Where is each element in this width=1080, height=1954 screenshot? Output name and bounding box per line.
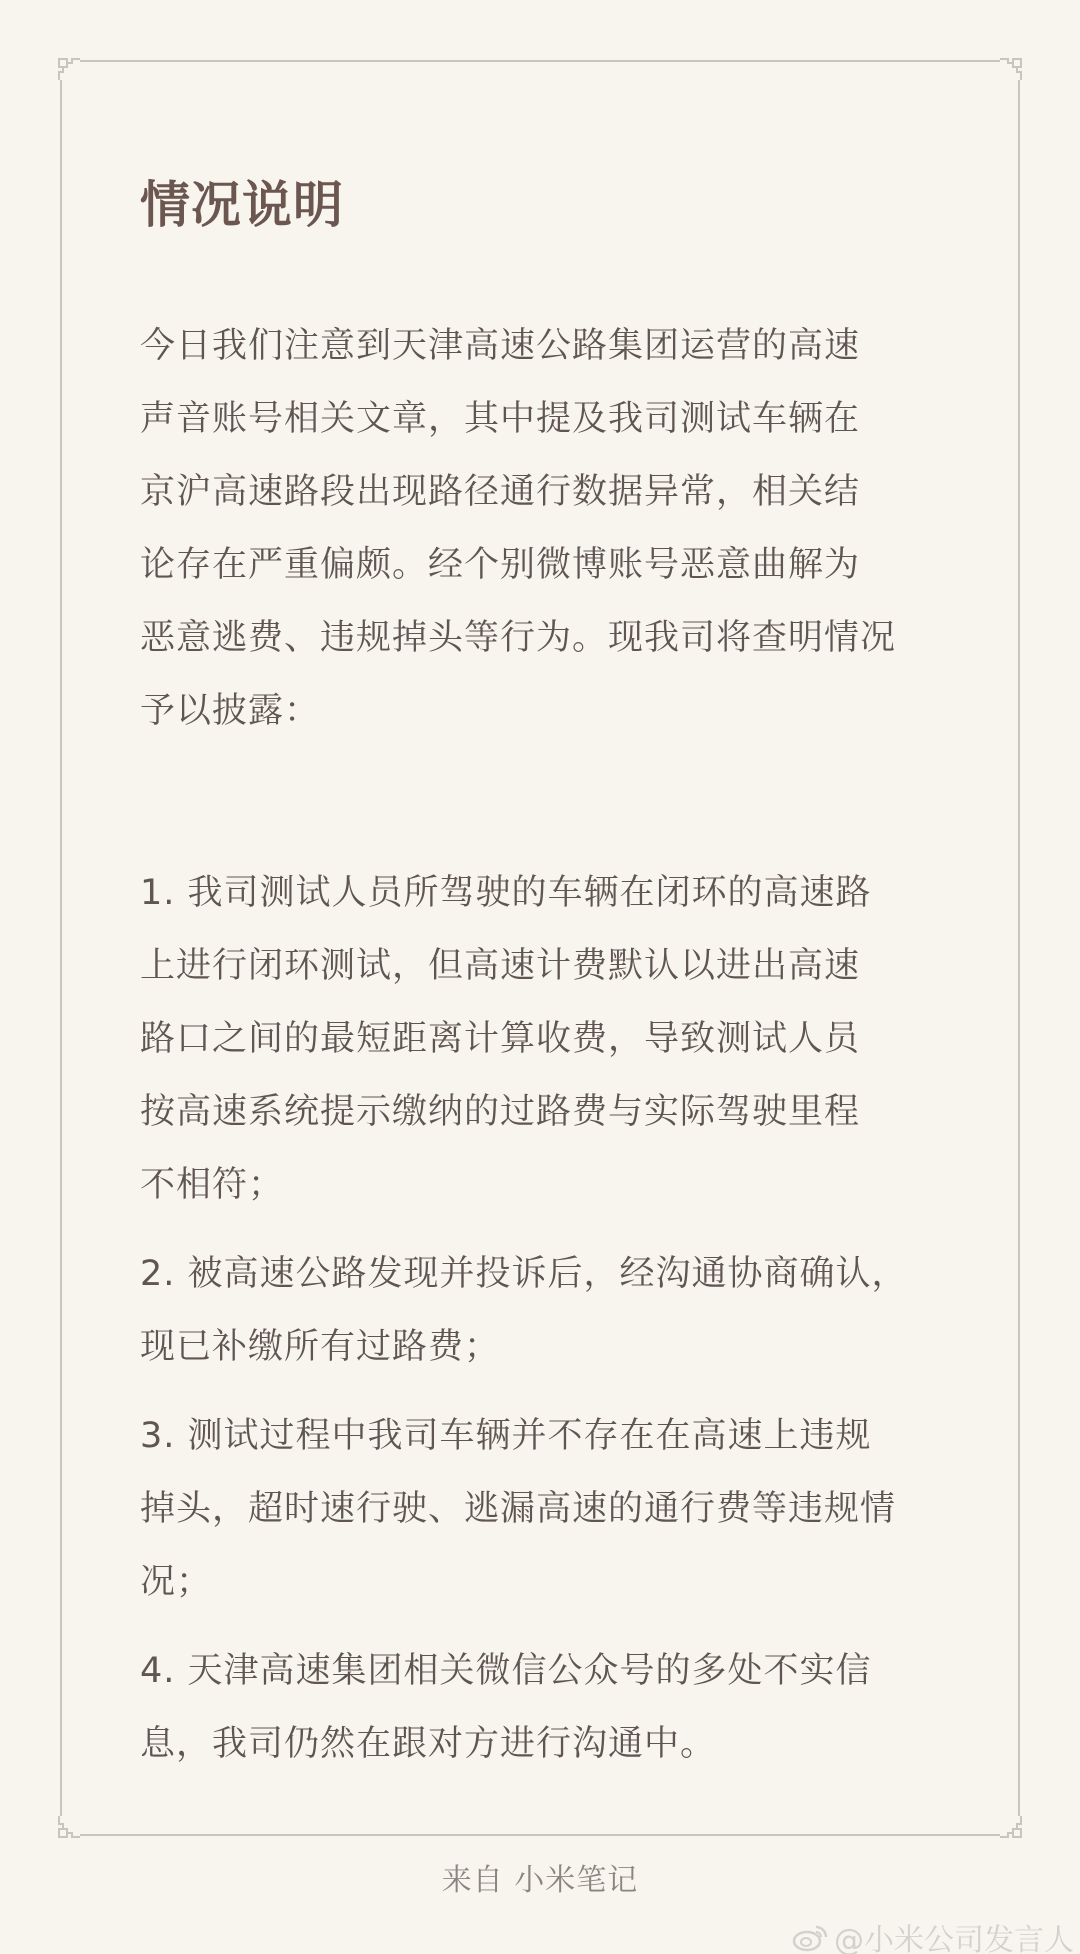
frame-corner-ornament-icon	[1000, 1816, 1022, 1838]
list-line: 况；	[140, 1546, 940, 1619]
intro-line: 予以披露：	[140, 675, 940, 748]
list-line: 按高速系统提示缴纳的过路费与实际驾驶里程	[140, 1076, 940, 1149]
list-item-2: 2. 被高速公路发现并投诉后，经沟通协商确认， 现已补缴所有过路费；	[140, 1238, 940, 1384]
intro-line: 声音账号相关文章，其中提及我司测试车辆在	[140, 383, 940, 456]
frame-corner-ornament-icon	[58, 1816, 80, 1838]
list-line: 路口之间的最短距离计算收费，导致测试人员	[140, 1003, 940, 1076]
weibo-watermark: @小米公司发言人	[792, 1915, 1074, 1954]
intro-line: 论存在严重偏颇。经个别微博账号恶意曲解为	[140, 529, 940, 602]
intro-line: 今日我们注意到天津高速公路集团运营的高速	[140, 310, 940, 383]
list-line: 3. 测试过程中我司车辆并不存在在高速上违规	[140, 1400, 940, 1473]
list-line: 现已补缴所有过路费；	[140, 1311, 940, 1384]
list-line: 上进行闭环测试，但高速计费默认以进出高速	[140, 930, 940, 1003]
list-line: 息，我司仍然在跟对方进行沟通中。	[140, 1708, 940, 1781]
intro-line: 恶意逃费、违规掉头等行为。现我司将查明情况	[140, 602, 940, 675]
list-line: 1. 我司测试人员所驾驶的车辆在闭环的高速路	[140, 857, 940, 930]
watermark-text: @小米公司发言人	[834, 1915, 1074, 1954]
list-line: 4. 天津高速集团相关微信公众号的多处不实信	[140, 1635, 940, 1708]
frame-border-top	[80, 60, 1000, 62]
note-content: 情况说明 今日我们注意到天津高速公路集团运营的高速 声音账号相关文章，其中提及我…	[140, 170, 940, 1797]
frame-corner-ornament-icon	[58, 58, 80, 80]
intro-paragraph: 今日我们注意到天津高速公路集团运营的高速 声音账号相关文章，其中提及我司测试车辆…	[140, 310, 940, 748]
list-line: 不相符；	[140, 1149, 940, 1222]
list-item-3: 3. 测试过程中我司车辆并不存在在高速上违规 掉头，超时速行驶、逃漏高速的通行费…	[140, 1400, 940, 1619]
list-item-4: 4. 天津高速集团相关微信公众号的多处不实信 息，我司仍然在跟对方进行沟通中。	[140, 1635, 940, 1781]
page-title: 情况说明	[140, 170, 940, 240]
frame-border-bottom	[80, 1834, 1000, 1836]
intro-line: 京沪高速路段出现路径通行数据异常，相关结	[140, 456, 940, 529]
weibo-icon	[792, 1921, 830, 1953]
list-item-1: 1. 我司测试人员所驾驶的车辆在闭环的高速路 上进行闭环测试，但高速计费默认以进…	[140, 857, 940, 1222]
source-footer: 来自 小米笔记	[0, 1855, 1080, 1899]
numbered-list: 1. 我司测试人员所驾驶的车辆在闭环的高速路 上进行闭环测试，但高速计费默认以进…	[140, 857, 940, 1781]
frame-border-left	[60, 80, 62, 1816]
frame-border-right	[1018, 80, 1020, 1816]
frame-corner-ornament-icon	[1000, 58, 1022, 80]
list-line: 2. 被高速公路发现并投诉后，经沟通协商确认，	[140, 1238, 940, 1311]
list-line: 掉头，超时速行驶、逃漏高速的通行费等违规情	[140, 1473, 940, 1546]
